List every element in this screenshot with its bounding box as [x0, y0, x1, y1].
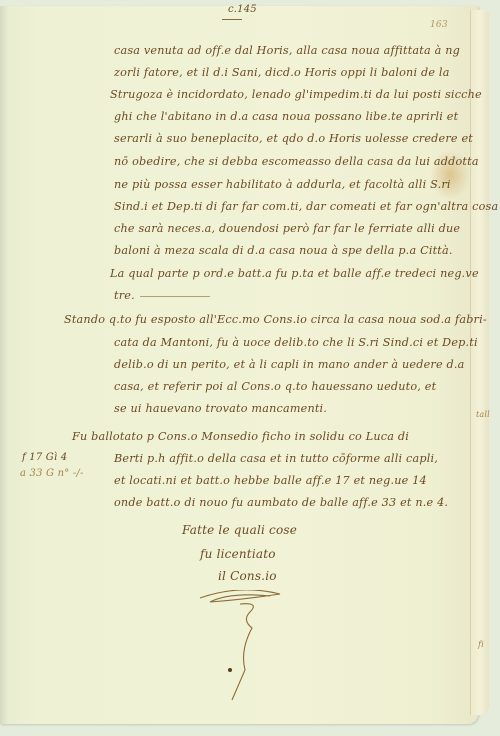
edge-fragment: fi [478, 640, 484, 649]
text-line: ghi che l'abitano in d.a casa noua possa… [114, 110, 458, 123]
text-line: che sarà neces.a, douendosi però far far… [114, 222, 460, 235]
text-line: ne più possa esser habilitato à addurla,… [114, 178, 451, 191]
closing-line: il Cons.io [218, 569, 277, 583]
text-line: zorli fatore, et il d.i Sani, dicd.o Hor… [114, 66, 450, 79]
margin-line: a 33 G n° -/- [20, 468, 84, 479]
text-line: baloni à meza scala di d.a casa noua à s… [114, 244, 453, 257]
text-line: serarli à suo beneplacito, et qdo d.o Ho… [114, 132, 473, 145]
text-line: delib.o di un perito, et à li capli in m… [114, 358, 465, 371]
text-line: tre. [114, 289, 135, 302]
closing-line: Fatte le quali cose [182, 523, 297, 537]
binding-shadow [0, 6, 8, 724]
text-line: Strugoza è incidordato, lenado gl'impedi… [110, 88, 482, 101]
folio-number-top: c.145 [228, 4, 257, 15]
margin-line: f 17 Gì 4 [22, 452, 67, 463]
line-filler-dash [140, 296, 210, 297]
text-line: et locati.ni et batt.o hebbe balle aff.e… [114, 474, 427, 487]
text-line: se ui hauevano trovato mancamenti. [114, 402, 327, 415]
text-line: nō obedire, che si debba escomeasso dell… [114, 155, 479, 168]
folio-number-right: 163 [430, 20, 448, 30]
closing-flourish-icon [180, 590, 320, 710]
closing-line: fu licentiato [200, 547, 276, 561]
text-line: casa venuta ad off.e dal Horis, alla cas… [114, 44, 460, 57]
text-line: casa, et referir poi al Cons.o q.to haue… [114, 380, 436, 393]
edge-fragment: tall [476, 410, 490, 419]
text-line: Fu ballotato p Cons.o Monsedio ficho in … [72, 430, 409, 443]
folio-underline [222, 19, 242, 20]
page-edge-stack [470, 10, 489, 715]
text-line: Stando q.to fu esposto all'Ecc.mo Cons.i… [64, 313, 487, 326]
text-line: Sind.i et Dep.ti di far far com.ti, dar … [114, 200, 498, 213]
text-line: Berti p.h affit.o della casa et in tutto… [114, 452, 438, 465]
text-line: onde batt.o di nouo fu aumbato de balle … [114, 496, 448, 509]
text-line: La qual parte p ord.e batt.a fu p.ta et … [110, 267, 479, 280]
text-line: cata da Mantoni, fu à uoce delib.to che … [114, 336, 478, 349]
